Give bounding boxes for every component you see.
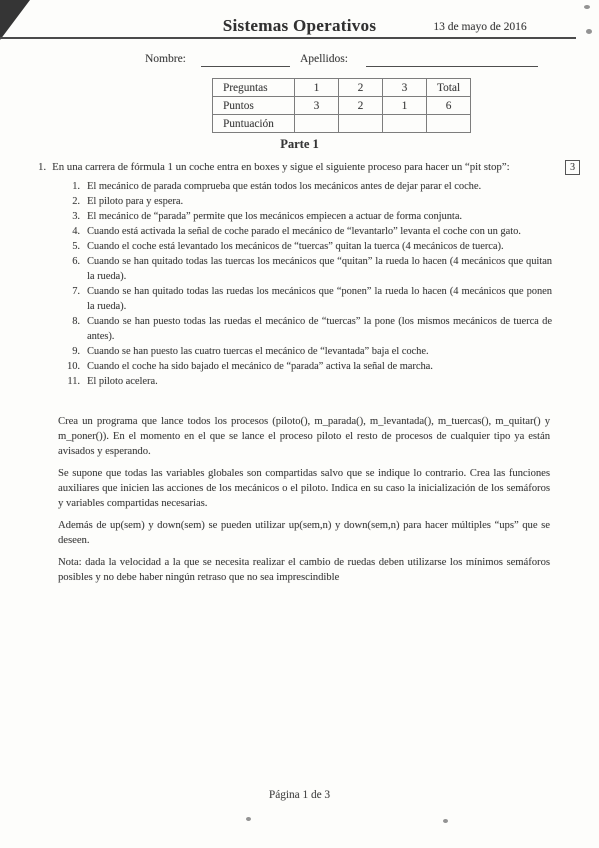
step-text: Cuando se han puesto todas las ruedas el… — [87, 314, 552, 344]
pit-stop-steps: 1.El mecánico de parada comprueba que es… — [60, 179, 552, 389]
table-cell: 2 — [339, 79, 383, 97]
question-intro: 1.En una carrera de fórmula 1 un coche e… — [38, 160, 543, 175]
scan-speck — [246, 817, 251, 821]
paragraph-up-down: Además de up(sem) y down(sem) se pueden … — [58, 518, 550, 548]
table-cell: 3 — [295, 97, 339, 115]
step-number: 2. — [60, 194, 80, 209]
table-cell: 1 — [295, 79, 339, 97]
table-cell: 2 — [339, 97, 383, 115]
scan-speck — [443, 819, 448, 823]
step-text: El piloto para y espera. — [87, 194, 552, 209]
section-title: Parte 1 — [0, 137, 599, 152]
step-number: 5. — [60, 239, 80, 254]
paragraph-shared-variables: Se supone que todas las variables global… — [58, 466, 550, 511]
step-number: 10. — [60, 359, 80, 374]
step-number: 1. — [60, 179, 80, 194]
table-cell — [383, 115, 427, 133]
table-cell: Total — [427, 79, 471, 97]
step-number: 9. — [60, 344, 80, 359]
table-cell — [427, 115, 471, 133]
step-item: 1.El mecánico de parada comprueba que es… — [60, 179, 552, 194]
step-text: Cuando se han quitado todas las tuercas … — [87, 254, 552, 284]
step-text: El piloto acelera. — [87, 374, 552, 389]
question-number: 1. — [38, 161, 46, 173]
step-number: 11. — [60, 374, 80, 389]
question-paragraphs: Crea un programa que lance todos los pro… — [58, 407, 550, 585]
table-row-puntuacion: Puntuación — [213, 115, 471, 133]
table-row-label: Preguntas — [213, 79, 295, 97]
score-table: Preguntas 1 2 3 Total Puntos 3 2 1 6 Pun… — [212, 78, 471, 133]
document-date: 13 de mayo de 2016 — [400, 21, 560, 33]
step-item: 3.El mecánico de “parada” permite que lo… — [60, 209, 552, 224]
step-item: 2.El piloto para y espera. — [60, 194, 552, 209]
name-label: Nombre: — [145, 53, 186, 65]
paragraph-create-program: Crea un programa que lance todos los pro… — [58, 414, 550, 459]
step-item: 5.Cuando el coche está levantado los mec… — [60, 239, 552, 254]
table-row-label: Puntuación — [213, 115, 295, 133]
step-item: 9.Cuando se han puesto las cuatro tuerca… — [60, 344, 552, 359]
question-intro-text: En una carrera de fórmula 1 un coche ent… — [52, 161, 509, 173]
step-text: Cuando el coche está levantado los mecán… — [87, 239, 552, 254]
table-row-preguntas: Preguntas 1 2 3 Total — [213, 79, 471, 97]
table-row-label: Puntos — [213, 97, 295, 115]
scanned-exam-page: Sistemas Operativos 13 de mayo de 2016 N… — [0, 0, 599, 848]
step-item: 6.Cuando se han quitado todas las tuerca… — [60, 254, 552, 284]
step-text: Cuando se han quitado todas las ruedas l… — [87, 284, 552, 314]
points-badge: 3 — [565, 160, 580, 175]
table-cell: 3 — [383, 79, 427, 97]
step-number: 8. — [60, 314, 80, 344]
step-text: Cuando está activada la señal de coche p… — [87, 224, 552, 239]
table-cell: 6 — [427, 97, 471, 115]
step-item: 10.Cuando el coche ha sido bajado el mec… — [60, 359, 552, 374]
step-text: Cuando el coche ha sido bajado el mecáni… — [87, 359, 552, 374]
step-number: 3. — [60, 209, 80, 224]
table-cell — [295, 115, 339, 133]
table-row-puntos: Puntos 3 2 1 6 — [213, 97, 471, 115]
surname-fill-line — [366, 66, 538, 67]
paragraph-nota: Nota: dada la velocidad a la que se nece… — [58, 555, 550, 585]
surname-label: Apellidos: — [300, 53, 348, 65]
step-number: 6. — [60, 254, 80, 284]
scan-speck — [584, 5, 590, 9]
step-text: El mecánico de “parada” permite que los … — [87, 209, 552, 224]
step-number: 7. — [60, 284, 80, 314]
name-fill-line — [201, 66, 290, 67]
question-1: 1.En una carrera de fórmula 1 un coche e… — [38, 160, 580, 175]
header-rule — [0, 37, 576, 39]
step-item: 4.Cuando está activada la señal de coche… — [60, 224, 552, 239]
step-text: El mecánico de parada comprueba que está… — [87, 179, 552, 194]
step-item: 11.El piloto acelera. — [60, 374, 552, 389]
step-text: Cuando se han puesto las cuatro tuercas … — [87, 344, 552, 359]
page-number: Página 1 de 3 — [0, 789, 599, 801]
step-number: 4. — [60, 224, 80, 239]
table-cell: 1 — [383, 97, 427, 115]
step-item: 8.Cuando se han puesto todas las ruedas … — [60, 314, 552, 344]
step-item: 7.Cuando se han quitado todas las ruedas… — [60, 284, 552, 314]
table-cell — [339, 115, 383, 133]
